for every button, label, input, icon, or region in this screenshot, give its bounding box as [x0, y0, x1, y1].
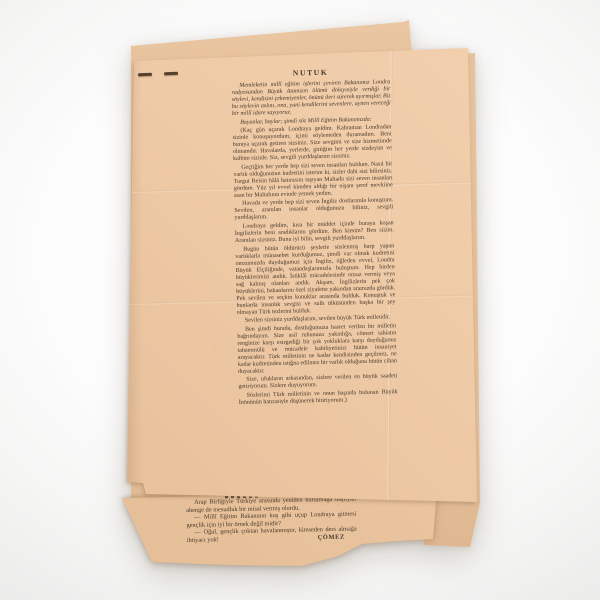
paragraph: (Kaç gün uçarak Londraya geldim. Kahrama… — [232, 124, 392, 163]
document-title: NUTUK — [231, 66, 390, 79]
paragraph: Geçtiğim her yerde hep sizi seven insanl… — [233, 161, 393, 200]
photo-scene: Arap Birliğiyle Türkiye arasında yeniden… — [0, 0, 600, 600]
staple-mark — [138, 72, 152, 75]
paragraph: Bugün bütün öldürücü şeylerle süslenmiş … — [235, 243, 396, 317]
paragraph: Havada ve yerde hep sizi seven İngiliz d… — [234, 198, 393, 223]
paragraph: Sözlerimi Türk milletinin ve onun başınd… — [239, 389, 398, 407]
paragraph: Ben şimdi burada, dostluğumuza hasret ve… — [237, 323, 397, 376]
paper-stack: Arap Birliğiyle Türkiye arasında yeniden… — [0, 0, 600, 600]
speech-text-block: NUTUK Memleketin millî eğitim işlerini ç… — [231, 66, 398, 408]
main-sheet: NUTUK Memleketin millî eğitim işlerini ç… — [0, 0, 600, 600]
paragraph: Memleketin millî eğitim işlerini çeviren… — [231, 79, 391, 118]
paragraph: Size, ufukların arkasından, sizlere veri… — [238, 374, 397, 392]
staple-mark — [164, 71, 178, 74]
main-sheet-wrapper: NUTUK Memleketin millî eğitim işlerini ç… — [0, 0, 600, 600]
paragraph: Londraya geldim, kısa bir müddet içinde … — [235, 220, 394, 245]
